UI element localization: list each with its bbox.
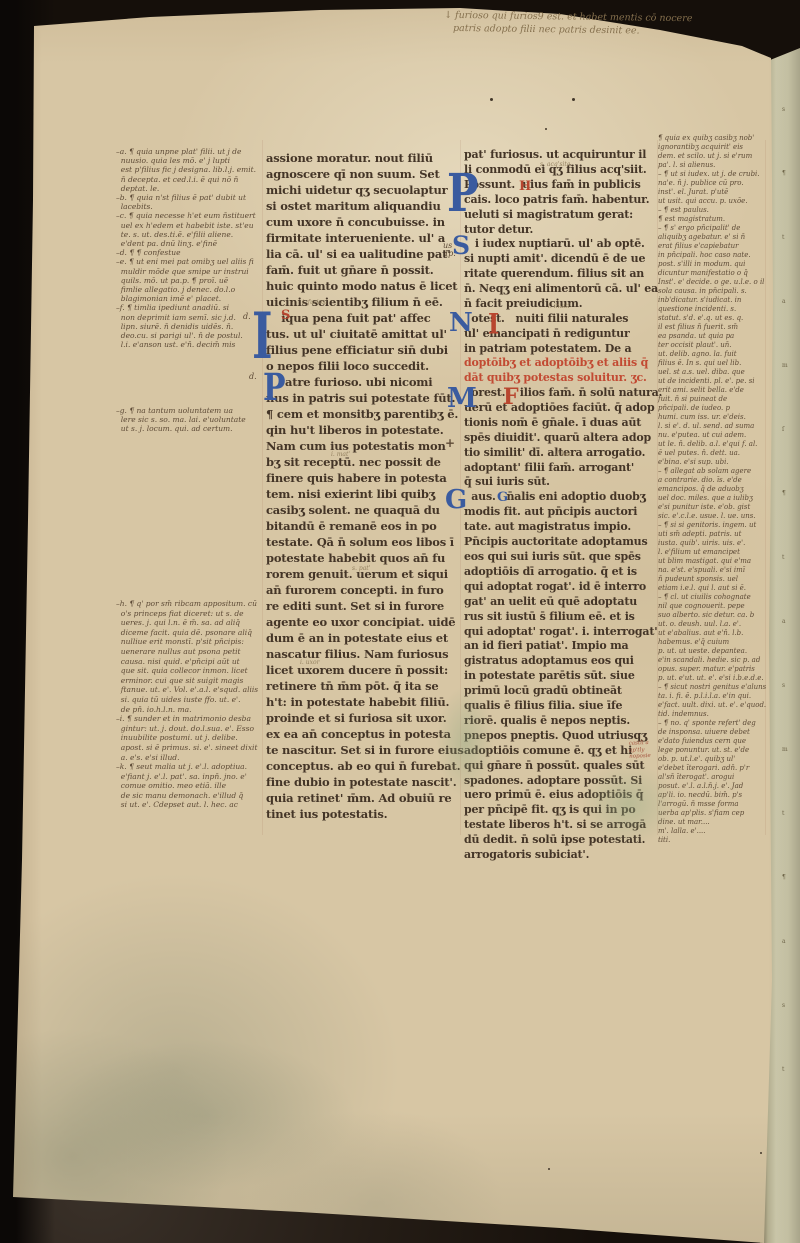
- text-line: ea psanda. ut quia pa: [658, 332, 772, 341]
- text-line: ta. i. fi. ē. p.l.i.l.a. e'in qui.: [658, 692, 772, 701]
- text-line: uicinis scientibʒ filium n̄ eē.: [266, 294, 464, 310]
- text-line: lacebits.: [116, 202, 258, 211]
- ink-speck: [572, 98, 575, 101]
- text-line: s: [782, 654, 798, 718]
- text-line: aliquibʒ agebatur. e' si n̄: [658, 233, 772, 242]
- text-line: conceptus. ab eo qui n̄ furebat.: [266, 758, 464, 774]
- red-margin-note: castli aap'tlynoposie: [629, 739, 670, 760]
- text-line: diceme facit. quia dē. psonare aliq̄: [116, 628, 258, 638]
- text-line: uel ex h'edem et habebit iste. st'eu: [116, 221, 258, 230]
- text-line: retinere tn̄ m̄m pōt. q̄ ita se: [266, 678, 464, 694]
- text-line: per pn̄cipē fit. qʒ is qui in po: [464, 803, 662, 818]
- text-line: questione incidenti. s.: [658, 305, 772, 314]
- ink-speck: [760, 1152, 762, 1154]
- text-line: gat' an uelit eū quē adoptatu: [464, 595, 662, 610]
- text-line: uel doc. miles. que a iulibʒ: [658, 494, 772, 503]
- text-line: cais. loco patris fam̄. habentur.: [464, 193, 662, 208]
- initial-letter-blue-n: N: [449, 308, 473, 338]
- interlinear-gloss: s. pat': [352, 565, 370, 572]
- text-line: an̄ furorem concepti. in furo: [266, 582, 464, 598]
- initial-letter-blue-p: P: [263, 366, 286, 410]
- initial-letter-blue-g: G: [445, 485, 467, 515]
- text-line: tutor detur.: [464, 223, 662, 238]
- text-line: agnoscere qī non suum. Set: [266, 166, 464, 182]
- text-line: Inst'. e' decide. o ge. u.l.e. o il: [658, 278, 772, 287]
- text-line: o nepos filii loco succedit.: [266, 358, 464, 374]
- text-line: t: [782, 1038, 798, 1102]
- text-line: ut. o. deush. uul. l.a. e'.: [658, 620, 772, 629]
- text-line: si ut. e'. Cdepset aut. l. hec. ac: [116, 800, 258, 810]
- text-line: humi. cum iss. ur. e'deis.: [658, 413, 772, 422]
- text-line: tus. ut ul' ciuitatē amittat ul': [266, 326, 464, 342]
- text-line: na. e'st. e'spuali. e'si imī: [658, 566, 772, 575]
- text-line: huic quinto modo natus ē licet: [266, 278, 464, 294]
- ink-speck: [545, 128, 547, 130]
- margin-mark-ip: Ip.: [445, 249, 456, 258]
- text-line: dine. ut mar....: [658, 818, 772, 827]
- text-line: – ¶ cl. ut ciuilis cohognate: [658, 593, 772, 602]
- text-line: ter occisit plaut'. un̄.: [658, 341, 772, 350]
- text-line: –e. ¶ ut eni mei pat omibʒ uel aliis fi: [116, 257, 258, 266]
- text-line: – ¶ sicut nostri genitus e'aluns: [658, 683, 772, 692]
- text-line: dem. et scilo. ut j. si e'rum: [658, 152, 772, 161]
- manuscript-photo: { "top_note": { "lines": [ "↓ furioso qu…: [0, 0, 800, 1243]
- text-line: uerū et adoptiōes faciūt. q̄ adop: [464, 401, 662, 416]
- text-line: ob. p. ut.l.e'. quibʒ ul': [658, 755, 772, 764]
- text-line: al'sn̄ īterogat'. arogui: [658, 773, 772, 782]
- text-line: p. ut. ut ueste. depantea.: [658, 647, 772, 656]
- text-line: –c. ¶ quia necesse h'et eum n̄stituert: [116, 211, 258, 220]
- text-line: ē uel putes. n̄. dett. ua.: [658, 449, 772, 458]
- text-line: erminor. cui que sit suigit magis: [116, 676, 258, 686]
- text-line: uerba ap'plis. s'fiam cep: [658, 809, 772, 818]
- text-line: nascatur filius. Nam furiosus: [266, 646, 464, 662]
- text-line: doptōibʒ et adoptōibʒ et aliis q̄: [464, 356, 662, 371]
- text-line: –d. ¶ ¶ confestue: [116, 248, 258, 257]
- text-line: –g. ¶ na tantum uoluntatem ua: [116, 406, 258, 415]
- text-line: lege ponuntur. ut. st. e'de: [658, 746, 772, 755]
- text-line: noposie: [629, 752, 669, 760]
- text-line: p. ut. e'ut. ut. e'. e'si i.b.e.d.e.: [658, 674, 772, 683]
- text-line: suo alberto. sic detur. ca. b: [658, 611, 772, 620]
- text-line: si. quia tū uides iuste ffo. ut. e'.: [116, 695, 258, 705]
- text-line: dāt quibʒ potestas soluitur. ʒc.: [464, 371, 662, 386]
- main-text-column-1: assione moratur. nout filiūagnoscere qī …: [266, 150, 464, 822]
- text-line: spēs diuidit'. quarū altera adop: [464, 431, 662, 446]
- text-line: te. s. ut. des.ti.ē. e'filii aliene.: [116, 230, 258, 239]
- text-line: ueres. j. qui l.n. ē m̄. sa. ad aliq̄: [116, 618, 258, 628]
- text-line: uero primū ē. eius adoptiōis q̄: [464, 788, 662, 803]
- text-line: finere quis habere in potesta: [266, 470, 464, 486]
- text-line: qui adoptat' rogat'. i. interrogat': [464, 625, 662, 640]
- text-line: n̄. Neqʒ eni alimentorū cā. ul' ea: [464, 282, 662, 297]
- text-line: – ¶ est paulus.: [658, 206, 772, 215]
- text-line: titi.: [658, 836, 772, 845]
- text-line: rus sit iustū s̄ filium eē. et is: [464, 610, 662, 625]
- text-line: post. s'illi in modum. qui: [658, 260, 772, 269]
- interlinear-gloss: i. inuiti: [548, 303, 570, 310]
- text-line: modis fit. aut pn̄cipis auctori: [464, 505, 662, 520]
- text-line: iqua pena fuit pat' affec: [266, 310, 464, 326]
- text-line: de pn̄. io.h.l.n. ma.: [116, 705, 258, 715]
- text-line: michi uidetur qʒ secuolaptur: [266, 182, 464, 198]
- text-line: bitandū ē remanē eos in po: [266, 518, 464, 534]
- text-line: e'in scandali. hedie. sic p. ad: [658, 656, 772, 665]
- text-line: inb'dicatur. s'iudicat. in: [658, 296, 772, 305]
- text-line: erit ami. selit bella. e'de: [658, 386, 772, 395]
- text-line: de insponsa. uiuere debet: [658, 728, 772, 737]
- text-line: o's princeps fiat diceret: ut s. de: [116, 609, 258, 619]
- text-line: i iudex nuptiarū. ul' ab optē.: [464, 237, 662, 252]
- text-line: riorē. qualis ē nepos neptis.: [464, 714, 662, 729]
- text-line: spadones. adoptare possūt. Si: [464, 774, 662, 789]
- text-line: aus. n̄alis eni adoptio duobʒ: [464, 490, 662, 505]
- initial-letter-red-h: H: [519, 179, 531, 194]
- text-line: orest. ilios fam̄. n̄ solū natura.: [464, 386, 662, 401]
- text-line: an id fieri patiat'. Impio ma: [464, 639, 662, 654]
- initial-letter-blue-m: M: [447, 383, 477, 414]
- text-line: inuubilite postumi. ut j. delibe.: [116, 733, 258, 743]
- text-line: gistratus adoptamus eos qui: [464, 654, 662, 669]
- text-line: nus in patris sui potestate fūt.: [266, 390, 464, 406]
- interlinear-gloss: i. uxor: [300, 659, 319, 666]
- text-line: nil que cognouerit. pepe: [658, 602, 772, 611]
- text-line: –b. ¶ quia n'st filius ē pat' dubit ut: [116, 193, 258, 202]
- text-line: habemus. e'q̄ cuium: [658, 638, 772, 647]
- text-line: in patriam potestatem. De a: [464, 342, 662, 357]
- text-line: m'. lalla. e'....: [658, 827, 772, 836]
- text-line: ex ea an̄ conceptus in potesta: [266, 726, 464, 742]
- text-line: que sit. quia collecor inmon. licet: [116, 666, 258, 676]
- text-line: dū dedit. n̄ solū ipse potestati.: [464, 833, 662, 848]
- text-line: adoptiōis dī arrogatio. q̄ et is: [464, 565, 662, 580]
- text-line: emancipos. q̄ de aduobʒ: [658, 485, 772, 494]
- text-line: a: [782, 270, 798, 334]
- text-line: s: [782, 974, 798, 1038]
- text-line: lia cā. ul' si ea ualitudine pat': [266, 246, 464, 262]
- interlinear-gloss: l' hec: [556, 451, 572, 458]
- text-line: proinde et si furiosa sit uxor.: [266, 710, 464, 726]
- text-line: nu. e'putea. ut cui adem.: [658, 431, 772, 440]
- text-line: assione moratur. nout filiū: [266, 150, 464, 166]
- text-line: ut e'abalius. aut e'n̄. l.b.: [658, 629, 772, 638]
- text-line: si nupti amit'. dicendū ē de ue: [464, 252, 662, 267]
- text-line: ¶ est magistratum.: [658, 215, 772, 224]
- text-line: atre furioso. ubi nicomi: [266, 374, 464, 390]
- text-line: m: [782, 718, 798, 782]
- text-line: in potestate parētis sūt. siue: [464, 669, 662, 684]
- text-line: te nascitur. Set si in furore eius: [266, 742, 464, 758]
- text-line: –k. ¶ seut malia ut j. e'.l. adoptiua.: [116, 762, 258, 772]
- text-line: –f. ¶ timlia ipediunt anadiū. si: [116, 303, 258, 312]
- text-line: ¶ cem et monsitbʒ parentibʒ ē.: [266, 406, 464, 422]
- text-line: firmitate interueniente. ul' a: [266, 230, 464, 246]
- left-gloss-block-c: –h. ¶ q' por sm̄ ribcam appositum. cū o'…: [116, 599, 258, 810]
- text-line: ut de incidenti. pl. e'. pe. si: [658, 377, 772, 386]
- text-line: fuit. n̄ si puineat de: [658, 395, 772, 404]
- text-line: inst'. el. Jurat. p'utē: [658, 188, 772, 197]
- text-line: ¶: [782, 142, 798, 206]
- text-line: – ¶ no. q' sponte refert' deg: [658, 719, 772, 728]
- text-line: pn̄cipali. de iudeo. p: [658, 404, 772, 413]
- text-line: – ¶ ut si iudex. ut j. de crubi.: [658, 170, 772, 179]
- text-line: posut. e'.l. a.l.n̄.j. e'. Jad: [658, 782, 772, 791]
- interlinear-gloss: i. mat': [331, 451, 350, 458]
- text-line: Nam cum ius potestatis mon: [266, 438, 464, 454]
- text-line: l'arrogū. n̄ msse forma: [658, 800, 772, 809]
- text-line: uenerare nullus aut psona petit: [116, 647, 258, 657]
- top-margin-annotation: ↓ furioso qui furios9 est. et habet ment…: [444, 9, 764, 39]
- main-text-column-2-rubric: doptōibʒ et adoptōibʒ et aliis q̄dāt qui…: [464, 356, 662, 386]
- text-line: ignorantibʒ acquirit' eis: [658, 143, 772, 152]
- initial-letter-red-s: S: [281, 308, 290, 323]
- text-line: qui gn̄are n̄ possūt. quales sūt: [464, 759, 662, 774]
- initial-letter-blue-g-small: G: [497, 490, 508, 505]
- text-line: ut blim mastigat. qui e'ma: [658, 557, 772, 566]
- left-gloss-block-a: –a. ¶ quia unpne plat' filii. ut j de nu…: [116, 147, 258, 349]
- text-line: m: [782, 334, 798, 398]
- margin-letter-d: d.: [249, 372, 257, 381]
- initial-letter-blue-i: I: [252, 300, 273, 374]
- text-line: primū locū gradū obtineāt: [464, 684, 662, 699]
- text-line: l.i. e'anson ust. e'n̄. decim̄ mis: [116, 340, 258, 349]
- text-line: erat filius e'capiebatur: [658, 242, 772, 251]
- text-line: agente eo uxor concipiat. uidē: [266, 614, 464, 630]
- initial-letter-red-f: F: [503, 384, 519, 410]
- text-line: potestate habebit quos an̄ fu: [266, 550, 464, 566]
- text-line: ¶: [782, 462, 798, 526]
- text-line: ap'li. io. necdū. bim̄. p's: [658, 791, 772, 800]
- text-line: nuusio. quia les mō. e' j lupti: [116, 156, 258, 165]
- text-line: ritate querendum. filius sit an: [464, 267, 662, 282]
- text-line: a: [782, 590, 798, 654]
- text-line: il est filius n̄ fuerit. sm̄: [658, 323, 772, 332]
- text-line: eos qui sui iuris sūt. que spēs: [464, 550, 662, 565]
- text-line: in pn̄cipali. hoc caso nate.: [658, 251, 772, 260]
- text-line: licet uxorem ducere n̄ possit:: [266, 662, 464, 678]
- text-line: h't: in potestate habebit filiū.: [266, 694, 464, 710]
- text-line: de sic manu demonach. e'illud q̄: [116, 791, 258, 801]
- text-line: fimlie allegatio. j denec. do.l.o: [116, 285, 258, 294]
- text-line: causa. nisi quid. e'pn̄cipi aūt ut: [116, 657, 258, 667]
- text-line: deptat. le.: [116, 184, 258, 193]
- text-line: adoptant' filii fam̄. arrogant': [464, 461, 662, 476]
- text-line: etiam i.e.l. qui l. aut si ē.: [658, 584, 772, 593]
- initial-letter-red-i: I: [488, 307, 499, 340]
- text-line: ¶: [782, 846, 798, 910]
- text-line: – ¶ allegat ab solam agere: [658, 467, 772, 476]
- text-line: a contrarie. dio. īs. e'de: [658, 476, 772, 485]
- text-line: tinet ius potestatis.: [266, 806, 464, 822]
- text-line: nulliue erit monstī. p'sit pn̄cipis:: [116, 637, 258, 647]
- text-line: e'bina. e'si sup. ubi.: [658, 458, 772, 467]
- text-line: ueluti si magistratum gerat:: [464, 208, 662, 223]
- text-line: ut le. n̄. delib. a.l. e'qui f. al.: [658, 440, 772, 449]
- text-line: pa'. l. si alienus.: [658, 161, 772, 170]
- text-line: s: [782, 78, 798, 142]
- ink-speck: [490, 98, 493, 101]
- text-line: –i. ¶ sunder et in matrimonio desba: [116, 714, 258, 724]
- text-line: uel. st a.s. uel. diba. que: [658, 368, 772, 377]
- text-line: fine dubio in potestate nascit'.: [266, 774, 464, 790]
- right-gloss-column: ¶ quia ex quibʒ casibʒ nob'ignorantibʒ a…: [658, 134, 772, 845]
- text-line: muldir mōde que smipe ur instrui: [116, 267, 258, 276]
- text-line: e'dent pa. dnū linʒ. e'finē: [116, 239, 258, 248]
- text-line: bʒ sit receptū. nec possit de: [266, 454, 464, 470]
- text-line: filius ē. In s. qui uel lib.: [658, 359, 772, 368]
- text-line: qualis ē filius filia. siue īfe: [464, 699, 662, 714]
- text-line: l. e'filium ut emancipet: [658, 548, 772, 557]
- ruling-line: [262, 140, 263, 835]
- text-line: e'fact. uult. dixi. ut. e'. e'quod.: [658, 701, 772, 710]
- ink-speck: [548, 1168, 550, 1170]
- text-line: casibʒ solent. ne quaquā du: [266, 502, 464, 518]
- text-line: est p'filius fic j designa. lib.l.j. emi…: [116, 165, 258, 174]
- text-line: dum ē an in potestate eius et: [266, 630, 464, 646]
- text-line: opus. super. matur. e'patris: [658, 665, 772, 674]
- text-line: tid. indemnus.: [658, 710, 772, 719]
- text-line: a. e's. e'si illud.: [116, 753, 258, 763]
- text-line: statut. s'd. e'.q. ut es. q.: [658, 314, 772, 323]
- text-line: qin hu't liberos in potestate.: [266, 422, 464, 438]
- text-line: lipn. siurē. n̄ denidis uidēs. n̄.: [116, 322, 258, 331]
- text-line: si ostet maritum aliquandiu: [266, 198, 464, 214]
- text-line: deo.cu. si parigi ul'. n̄ de postul.: [116, 331, 258, 340]
- text-line: fam̄. fuit ut gn̄are n̄ possit.: [266, 262, 464, 278]
- text-line: a: [782, 910, 798, 974]
- text-line: sic. e'.c.l.e. usue. l. ue. uns.: [658, 512, 772, 521]
- text-line: ut. delib. agno. la. fuit: [658, 350, 772, 359]
- text-line: – ¶ si si genitoris. ingem. ut: [658, 521, 772, 530]
- text-line: arrogatoris subiciat'.: [464, 848, 662, 863]
- text-line: quils. mō. ut pa.p. ¶ proī. uē: [116, 276, 258, 285]
- text-line: tem. nisi exierint libi quibʒ: [266, 486, 464, 502]
- text-line: gintur: ut. j. dout. do.l.sua. e'. Esso: [116, 724, 258, 734]
- text-line: ut s. j. locum. qui. ad certum.: [116, 424, 258, 433]
- text-line: e'debet īterogari. adn̄. p'r: [658, 764, 772, 773]
- text-line: n̄ pudeunt sponsis. uel: [658, 575, 772, 584]
- text-line: Pn̄cipis auctoritate adoptamus: [464, 535, 662, 550]
- text-line: t: [782, 782, 798, 846]
- margin-plus-mark: +: [445, 436, 455, 450]
- interlinear-gloss: i. furiosi: [302, 299, 327, 306]
- text-line: Possunt. uius fam̄ in publicis: [464, 178, 662, 193]
- text-line: l. si e'. d. ul. send. ad suma: [658, 422, 772, 431]
- text-line: blagimonian imē e' placet.: [116, 294, 258, 303]
- margin-letter-d: d.: [243, 312, 251, 321]
- text-line: sola causa. in pn̄cipali. s.: [658, 287, 772, 296]
- text-line: non deprimit iam semī. sic j.d.: [116, 313, 258, 322]
- text-line: cum uxore n̄ concubuisse. in: [266, 214, 464, 230]
- text-line: e'dato fuiendus cern que: [658, 737, 772, 746]
- text-line: dicuntur manifestatio o q̄: [658, 269, 772, 278]
- text-line: lere sic s. so. ma. lai. e'uoluntate: [116, 415, 258, 424]
- text-line: tate. aut magistratus impio.: [464, 520, 662, 535]
- text-line: testate liberos h't. si se arrogā: [464, 818, 662, 833]
- text-line: quia retinet' m̄m. Ad obuiū re: [266, 790, 464, 806]
- text-line: iusta. quib'. uiris. uis. e'.: [658, 539, 772, 548]
- next-folio-margin-marks: s¶tamſ¶tasmt¶ast: [782, 78, 798, 1102]
- text-line: apost. si ē primus. si. e'. sineet dixit: [116, 743, 258, 753]
- text-line: t: [782, 206, 798, 270]
- initial-letter-blue-p: P: [447, 162, 479, 223]
- text-line: tionis nom̄ ē gn̄ale. ī duas aūt: [464, 416, 662, 431]
- text-line: –h. ¶ q' por sm̄ ribcam appositum. cū: [116, 599, 258, 609]
- text-line: qui adoptat rogat'. id ē interro: [464, 580, 662, 595]
- text-line: ¶ quia ex quibʒ casibʒ nob': [658, 134, 772, 143]
- text-line: t: [782, 526, 798, 590]
- text-line: testate. Qā n̄ solum eos libos ī: [266, 534, 464, 550]
- text-line: comue omitio. meo etiā. ille: [116, 781, 258, 791]
- text-line: – ¶ s' ergo pn̄cipalit' de: [658, 224, 772, 233]
- text-line: e'si punitur iste. e'ob. gist: [658, 503, 772, 512]
- text-line: filius pene efficiatur sin̄ dubi: [266, 342, 464, 358]
- text-line: ſ: [782, 398, 798, 462]
- text-line: ut usit. qui accu. p. uxōe.: [658, 197, 772, 206]
- left-gloss-block-b: –g. ¶ na tantum uoluntatem ua lere sic s…: [116, 406, 258, 434]
- text-line: ftanue. ut. e'. Vol. e'.a.l. e'squd. ali…: [116, 685, 258, 695]
- text-line: q̄ sui iuris sūt.: [464, 475, 662, 490]
- text-line: –a. ¶ quia unpne plat' filii. ut j de: [116, 147, 258, 156]
- text-line: uti sm̄ adepti. patris. ut: [658, 530, 772, 539]
- text-line: re editi sunt. Set si in furore: [266, 598, 464, 614]
- interlinear-gloss: s. acq'sita: [540, 161, 570, 168]
- text-line: n̄ decepta. et ced.l.i. ē qui nō n̄: [116, 175, 258, 184]
- text-line: e'fiant j. e'.l. pat'. sa. inpn̄. jno. e…: [116, 772, 258, 782]
- text-line: na'e. n̄ j. publice cū pro.: [658, 179, 772, 188]
